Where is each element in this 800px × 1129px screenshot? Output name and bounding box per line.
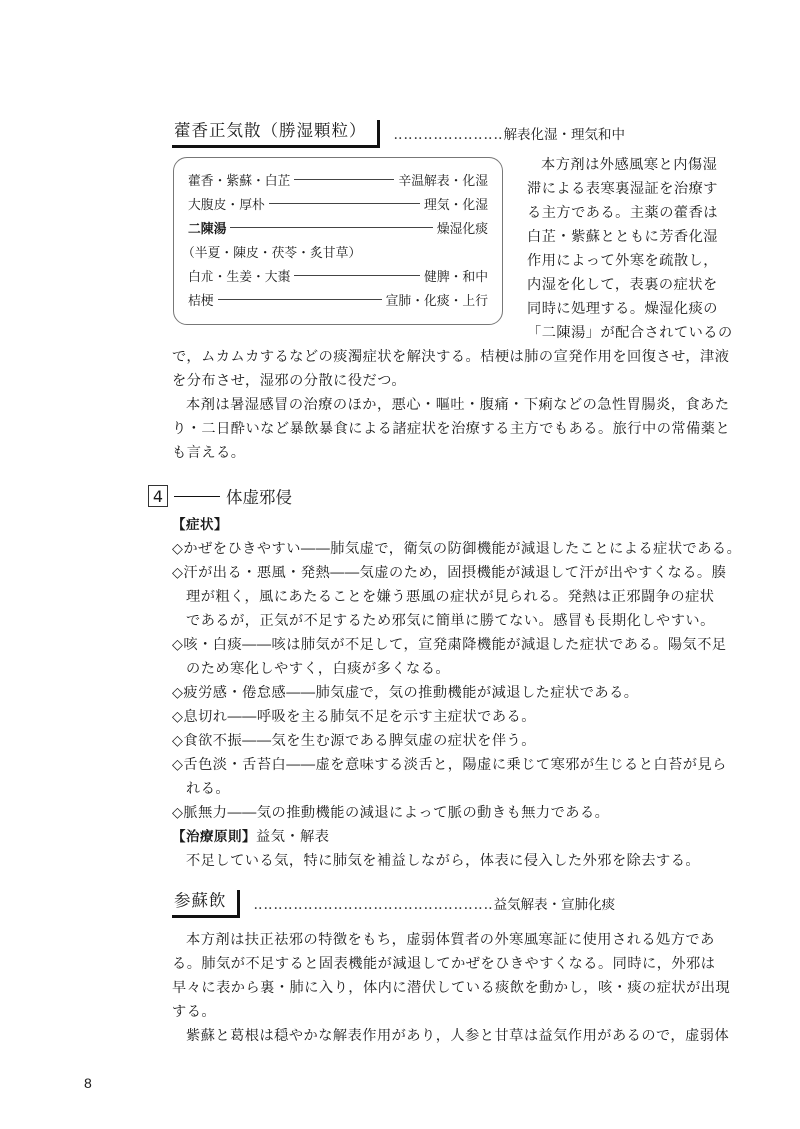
page-number: 8 xyxy=(84,1075,92,1091)
section-rule xyxy=(174,496,220,497)
action: 理気・化湿 xyxy=(424,194,488,213)
text-line: 「二陳湯」が配合されているの xyxy=(527,321,733,345)
text-line: ◇食欲不振――気を生む源である脾気虚の症状を伴う。 xyxy=(172,729,741,753)
action: 燥湿化痰 xyxy=(437,218,488,237)
text-line: 本剤は暑湿感冒の治療のほか，悪心・嘔吐・腹痛・下痢などの急性胃腸炎，食あた xyxy=(172,393,730,417)
symptom-item: ◇咳・白痰――咳は肺気が不足して，宣発粛降機能が減退した症状である。陽気不足 の… xyxy=(172,633,741,681)
symptom-item: ◇疲労感・倦怠感――肺気虚で，気の推動機能が減退した症状である。 xyxy=(172,681,741,705)
text-line: 滞による表寒裏湿証を治療す xyxy=(527,177,733,201)
text-line: 早々に表から裏・肺に入り，体内に潜伏している痰飲を動かし，咳・痰の症状が出現 xyxy=(172,976,730,1000)
principle-text: 不足している気，特に肺気を補益しながら，体表に侵入した外邪を除去する。 xyxy=(172,849,741,873)
symptom-item: ◇食欲不振――気を生む源である脾気虚の症状を伴う。 xyxy=(172,729,741,753)
section-heading: 4 体虚邪侵 xyxy=(148,484,292,508)
symptom-item: ◇かぜをひきやすい――肺気虚で，衛気の防御機能が減退したことによる症状である。 xyxy=(172,537,741,561)
formula-effect: ‥‥‥‥‥‥‥‥‥‥‥‥‥‥‥‥‥‥‥‥‥‥‥‥益気解表・宣肺化痰 xyxy=(240,894,616,918)
formula2-body: 本方剤は扶正祛邪の特徴をもち，虚弱体質者の外寒風寒証に使用される処方であ る。肺… xyxy=(172,928,730,1048)
symptom-item: ◇脈無力――気の推動機能の減退によって脈の動きも無力である。 xyxy=(172,801,741,825)
action: 辛温解表・化湿 xyxy=(398,170,488,189)
text-line: ◇汗が出る・悪風・発熱――気虚のため，固摂機能が減退して汗が出やすくなる。腠 xyxy=(172,561,741,585)
connector-line xyxy=(294,275,420,276)
text-line: り・二日酔いなど暴飲暴食による諸症状を治療する主方でもある。旅行中の常備薬と xyxy=(172,417,730,441)
herbs: （半夏・陳皮・茯苓・炙甘草） xyxy=(182,242,361,261)
formula-heading-kakkoshokisan: 藿香正気散（勝湿顆粒） ‥‥‥‥‥‥‥‥‥‥‥解表化湿・理気和中 xyxy=(172,120,625,148)
composition-row: （半夏・陳皮・茯苓・炙甘草） xyxy=(182,239,488,263)
formula-title: 参蘇飲 xyxy=(172,890,240,918)
connector-line xyxy=(230,227,432,228)
herbs: 二陳湯 xyxy=(188,218,226,237)
text-line: 作用によって外寒を疏散し， xyxy=(527,249,733,273)
text-line: ◇舌色淡・舌苔白――虚を意味する淡舌と，陽虚に乗じて寒邪が生じると白苔が見ら xyxy=(172,753,741,777)
connector-line xyxy=(294,179,394,180)
text-line: れる。 xyxy=(172,777,741,801)
formula1-side-paragraph: 本方剤は外感風寒と内傷湿 滞による表寒裏湿証を治療す る主方である。主薬の藿香は… xyxy=(527,153,733,345)
composition-row: 大腹皮・厚朴 理気・化湿 xyxy=(188,191,488,215)
principle-value: 益気・解表 xyxy=(256,829,329,845)
text-line: 紫蘇と葛根は穏やかな解表作用があり，人参と甘草は益気作用があるので，虚弱体 xyxy=(172,1024,730,1048)
text-line: 同時に処理する。燥湿化痰の xyxy=(527,297,733,321)
formula-heading-jinsoin: 参蘇飲 ‥‥‥‥‥‥‥‥‥‥‥‥‥‥‥‥‥‥‥‥‥‥‥‥益気解表・宣肺化痰 xyxy=(172,890,615,918)
herbs: 藿香・紫蘇・白芷 xyxy=(188,170,290,189)
formula-title: 藿香正気散（勝湿顆粒） xyxy=(172,120,380,148)
text-line: も言える。 xyxy=(172,441,730,465)
connector-line xyxy=(269,203,420,204)
text-line: ◇疲労感・倦怠感――肺気虚で，気の推動機能が減退した症状である。 xyxy=(172,681,741,705)
formula-effect: ‥‥‥‥‥‥‥‥‥‥‥解表化湿・理気和中 xyxy=(380,124,626,148)
principle-label: 【治療原則】 xyxy=(172,829,256,845)
herbs: 大腹皮・厚朴 xyxy=(188,194,265,213)
text-line: のため寒化しやすく，白痰が多くなる。 xyxy=(172,657,741,681)
section-title: 体虚邪侵 xyxy=(226,484,292,508)
text-line: ◇かぜをひきやすい――肺気虚で，衛気の防御機能が減退したことによる症状である。 xyxy=(172,537,741,561)
section-number: 4 xyxy=(148,485,168,507)
symptoms-block: 【症状】 ◇かぜをひきやすい――肺気虚で，衛気の防御機能が減退したことによる症状… xyxy=(172,513,741,873)
connector-line xyxy=(218,299,382,300)
herbs: 桔梗 xyxy=(188,290,214,309)
symptom-item: ◇息切れ――呼吸を主る肺気不足を示す主症状である。 xyxy=(172,705,741,729)
action: 宣肺・化痰・上行 xyxy=(386,290,488,309)
herbs: 白朮・生姜・大棗 xyxy=(188,266,290,285)
formula-effect-text: 解表化湿・理気和中 xyxy=(504,127,626,143)
treatment-principle: 【治療原則】益気・解表 xyxy=(172,825,741,849)
text-line: する。 xyxy=(172,1000,730,1024)
text-line: で，ムカムカするなどの痰濁症状を解決する。桔梗は肺の宣発作用を回復させ，津液 xyxy=(172,345,730,369)
symptom-item: ◇汗が出る・悪風・発熱――気虚のため，固摂機能が減退して汗が出やすくなる。腠 理… xyxy=(172,561,741,633)
text-line: る主方である。主薬の藿香は xyxy=(527,201,733,225)
composition-row: 白朮・生姜・大棗 健脾・和中 xyxy=(188,263,488,287)
text-line: であるが，正気が不足するため邪気に簡単に勝てない。感冒も長期化しやすい。 xyxy=(172,609,741,633)
text-line: 本方剤は扶正祛邪の特徴をもち，虚弱体質者の外寒風寒証に使用される処方であ xyxy=(172,928,730,952)
leader-dots: ‥‥‥‥‥‥‥‥‥‥‥‥‥‥‥‥‥‥‥‥‥‥‥‥ xyxy=(254,897,494,913)
action: 健脾・和中 xyxy=(424,266,488,285)
text-line: る。肺気が不足すると固表機能が減退してかぜをひきやすくなる。同時に，外邪は xyxy=(172,952,730,976)
text-line: 本方剤は外感風寒と内傷湿 xyxy=(527,153,733,177)
text-line: ◇咳・白痰――咳は肺気が不足して，宣発粛降機能が減退した症状である。陽気不足 xyxy=(172,633,741,657)
composition-box: 藿香・紫蘇・白芷 辛温解表・化湿 大腹皮・厚朴 理気・化湿 二陳湯 燥湿化痰 （… xyxy=(173,157,503,325)
text-line: 内湿を化して，表裏の症状を xyxy=(527,273,733,297)
symptom-item: ◇舌色淡・舌苔白――虚を意味する淡舌と，陽虚に乗じて寒邪が生じると白苔が見ら れ… xyxy=(172,753,741,801)
symptoms-label: 【症状】 xyxy=(172,513,741,537)
leader-dots: ‥‥‥‥‥‥‥‥‥‥‥ xyxy=(394,127,504,143)
composition-row: 桔梗 宣肺・化痰・上行 xyxy=(188,287,488,311)
formula1-body: で，ムカムカするなどの痰濁症状を解決する。桔梗は肺の宣発作用を回復させ，津液 を… xyxy=(172,345,730,465)
text-line: 白芷・紫蘇とともに芳香化湿 xyxy=(527,225,733,249)
composition-row: 藿香・紫蘇・白芷 辛温解表・化湿 xyxy=(188,167,488,191)
composition-row: 二陳湯 燥湿化痰 xyxy=(188,215,488,239)
text-line: ◇脈無力――気の推動機能の減退によって脈の動きも無力である。 xyxy=(172,801,741,825)
text-line: ◇息切れ――呼吸を主る肺気不足を示す主症状である。 xyxy=(172,705,741,729)
text-line: を分布させ，湿邪の分散に役だつ。 xyxy=(172,369,730,393)
formula-effect-text: 益気解表・宣肺化痰 xyxy=(494,897,616,913)
text-line: 理が粗く，風にあたることを嫌う悪風の症状が見られる。発熱は正邪闘争の症状 xyxy=(172,585,741,609)
